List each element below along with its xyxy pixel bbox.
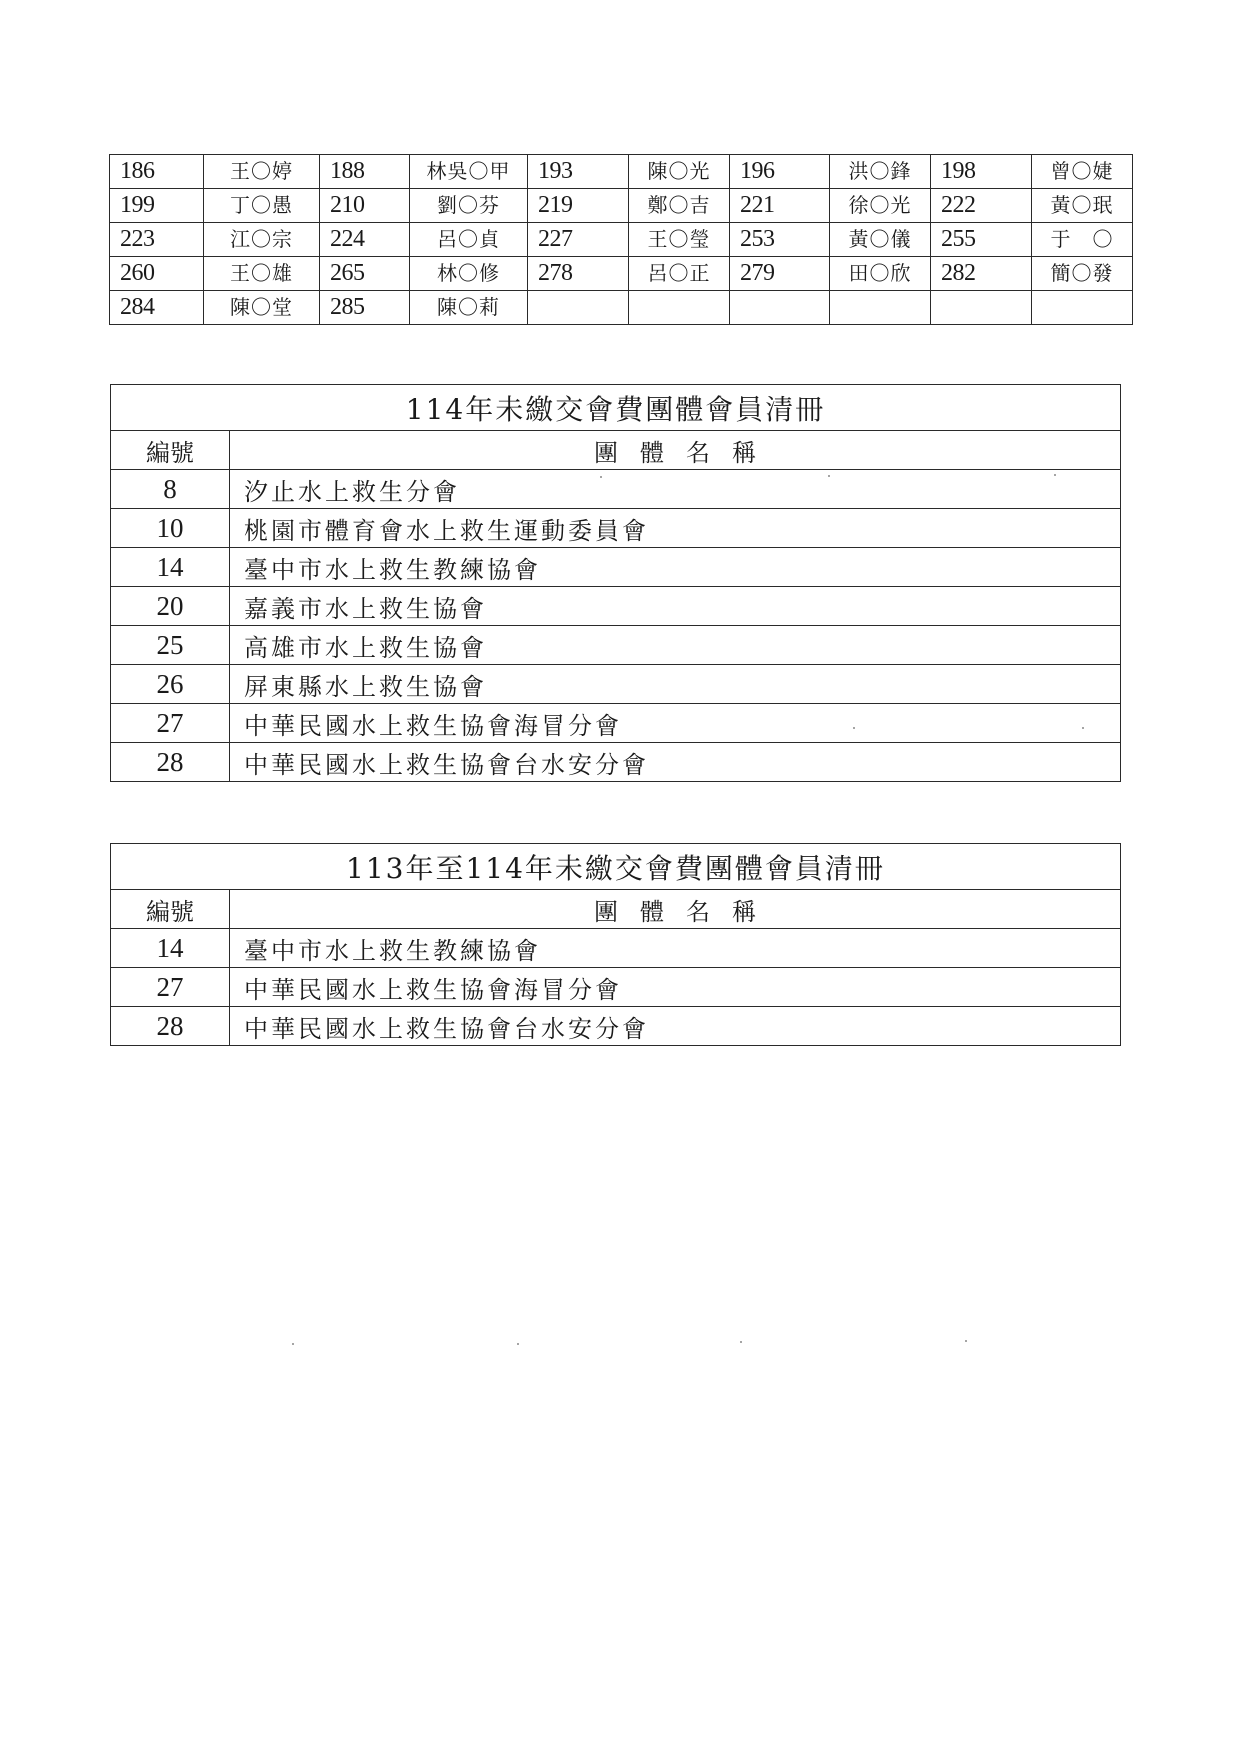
group-table-body: 8汐止水上救生分會10桃園市體育會水上救生運動委員會14臺中市水上救生教練協會2…: [111, 470, 1121, 782]
member-number: 188: [320, 155, 410, 189]
group-code: 28: [111, 1007, 230, 1046]
member-name: 曾〇婕: [1032, 155, 1133, 189]
member-number: 222: [931, 189, 1032, 223]
member-number: 193: [528, 155, 629, 189]
group-code: 25: [111, 626, 230, 665]
unpaid-group-members-113-114-table: 113年至114年未繳交會費團體會員清冊 編號 團體名稱 14臺中市水上救生教練…: [110, 843, 1121, 1046]
member-number: 278: [528, 257, 629, 291]
group-code: 27: [111, 704, 230, 743]
member-number: 279: [730, 257, 830, 291]
group-code: 10: [111, 509, 230, 548]
header-code: 編號: [111, 431, 230, 470]
member-number: 219: [528, 189, 629, 223]
member-name: 陳〇光: [629, 155, 730, 189]
table-row: 10桃園市體育會水上救生運動委員會: [111, 509, 1121, 548]
member-number: 224: [320, 223, 410, 257]
table-row: 28中華民國水上救生協會台水安分會: [111, 1007, 1121, 1046]
member-number: [528, 291, 629, 325]
member-name: [830, 291, 931, 325]
member-number: 227: [528, 223, 629, 257]
member-name: 鄭〇吉: [629, 189, 730, 223]
member-name: 呂〇貞: [410, 223, 528, 257]
group-code: 28: [111, 743, 230, 782]
member-name: 丁〇愚: [204, 189, 320, 223]
table-row: 26屏東縣水上救生協會: [111, 665, 1121, 704]
members-table-body: 186王〇婷188林吳〇甲193陳〇光196洪〇鋒198曾〇婕199丁〇愚210…: [110, 155, 1133, 325]
member-number: 285: [320, 291, 410, 325]
group-code: 26: [111, 665, 230, 704]
header-group-name: 團體名稱: [230, 890, 1121, 929]
table-row: 8汐止水上救生分會: [111, 470, 1121, 509]
member-name: 黃〇儀: [830, 223, 931, 257]
member-name: [1032, 291, 1133, 325]
table-row: 14臺中市水上救生教練協會: [111, 929, 1121, 968]
table-row: 25高雄市水上救生協會: [111, 626, 1121, 665]
group-code: 20: [111, 587, 230, 626]
member-name: 王〇婷: [204, 155, 320, 189]
member-number: 186: [110, 155, 204, 189]
group-name: 桃園市體育會水上救生運動委員會: [230, 509, 1121, 548]
member-name: 王〇瑩: [629, 223, 730, 257]
group-name: 中華民國水上救生協會海冒分會: [230, 968, 1121, 1007]
member-name: 洪〇鋒: [830, 155, 931, 189]
table-row: 28中華民國水上救生協會台水安分會: [111, 743, 1121, 782]
group-name: 中華民國水上救生協會海冒分會: [230, 704, 1121, 743]
scan-speck: [1082, 727, 1084, 729]
group-name: 中華民國水上救生協會台水安分會: [230, 743, 1121, 782]
member-name: 徐〇光: [830, 189, 931, 223]
table-title: 114年未繳交會費團體會員清冊: [111, 385, 1121, 431]
table-header-row: 編號 團體名稱: [111, 431, 1121, 470]
group-name: 高雄市水上救生協會: [230, 626, 1121, 665]
group-name: 中華民國水上救生協會台水安分會: [230, 1007, 1121, 1046]
scan-speck: [600, 476, 602, 478]
member-number: 265: [320, 257, 410, 291]
table-row: 199丁〇愚210劉〇芬219鄭〇吉221徐〇光222黃〇珉: [110, 189, 1133, 223]
table-row: 223江〇宗224呂〇貞227王〇瑩253黃〇儀255于 〇: [110, 223, 1133, 257]
group-name: 嘉義市水上救生協會: [230, 587, 1121, 626]
member-name: 黃〇珉: [1032, 189, 1133, 223]
group-code: 8: [111, 470, 230, 509]
table-row: 260王〇雄265林〇修278呂〇正279田〇欣282簡〇發: [110, 257, 1133, 291]
header-code: 編號: [111, 890, 230, 929]
member-name: [629, 291, 730, 325]
group-name: 臺中市水上救生教練協會: [230, 929, 1121, 968]
scan-speck: [853, 727, 855, 729]
table-row: 186王〇婷188林吳〇甲193陳〇光196洪〇鋒198曾〇婕: [110, 155, 1133, 189]
table-title-row: 114年未繳交會費團體會員清冊: [111, 385, 1121, 431]
scan-speck: [965, 1340, 967, 1342]
table-row: 284陳〇堂285陳〇莉: [110, 291, 1133, 325]
scan-speck: [1054, 474, 1056, 476]
group-table-body: 14臺中市水上救生教練協會27中華民國水上救生協會海冒分會28中華民國水上救生協…: [111, 929, 1121, 1046]
member-number: 284: [110, 291, 204, 325]
member-number: [730, 291, 830, 325]
member-name: 江〇宗: [204, 223, 320, 257]
table-header-row: 編號 團體名稱: [111, 890, 1121, 929]
unpaid-group-members-114-table: 114年未繳交會費團體會員清冊 編號 團體名稱 8汐止水上救生分會10桃園市體育…: [110, 384, 1121, 782]
group-name: 屏東縣水上救生協會: [230, 665, 1121, 704]
member-name: 簡〇發: [1032, 257, 1133, 291]
member-number: 198: [931, 155, 1032, 189]
table-title: 113年至114年未繳交會費團體會員清冊: [111, 844, 1121, 890]
member-number: 223: [110, 223, 204, 257]
member-name: 林〇修: [410, 257, 528, 291]
table-row: 14臺中市水上救生教練協會: [111, 548, 1121, 587]
member-number: 253: [730, 223, 830, 257]
member-number: 255: [931, 223, 1032, 257]
scan-speck: [740, 1341, 742, 1343]
member-number: 196: [730, 155, 830, 189]
member-name: 田〇欣: [830, 257, 931, 291]
table-row: 20嘉義市水上救生協會: [111, 587, 1121, 626]
member-name: 陳〇莉: [410, 291, 528, 325]
member-number: [931, 291, 1032, 325]
member-number: 210: [320, 189, 410, 223]
member-name: 于 〇: [1032, 223, 1133, 257]
member-number: 221: [730, 189, 830, 223]
table-row: 27中華民國水上救生協會海冒分會: [111, 968, 1121, 1007]
member-name: 劉〇芬: [410, 189, 528, 223]
member-number: 199: [110, 189, 204, 223]
group-code: 14: [111, 548, 230, 587]
member-name: 呂〇正: [629, 257, 730, 291]
group-code: 14: [111, 929, 230, 968]
member-name: 林吳〇甲: [410, 155, 528, 189]
scan-speck: [828, 475, 830, 477]
table-title-row: 113年至114年未繳交會費團體會員清冊: [111, 844, 1121, 890]
member-number: 282: [931, 257, 1032, 291]
header-group-name: 團體名稱: [230, 431, 1121, 470]
member-name: 陳〇堂: [204, 291, 320, 325]
group-name: 臺中市水上救生教練協會: [230, 548, 1121, 587]
unpaid-individual-members-table: 186王〇婷188林吳〇甲193陳〇光196洪〇鋒198曾〇婕199丁〇愚210…: [109, 154, 1133, 325]
member-number: 260: [110, 257, 204, 291]
scan-speck: [292, 1343, 294, 1345]
group-code: 27: [111, 968, 230, 1007]
table-row: 27中華民國水上救生協會海冒分會: [111, 704, 1121, 743]
member-name: 王〇雄: [204, 257, 320, 291]
group-name: 汐止水上救生分會: [230, 470, 1121, 509]
scan-speck: [517, 1343, 519, 1345]
